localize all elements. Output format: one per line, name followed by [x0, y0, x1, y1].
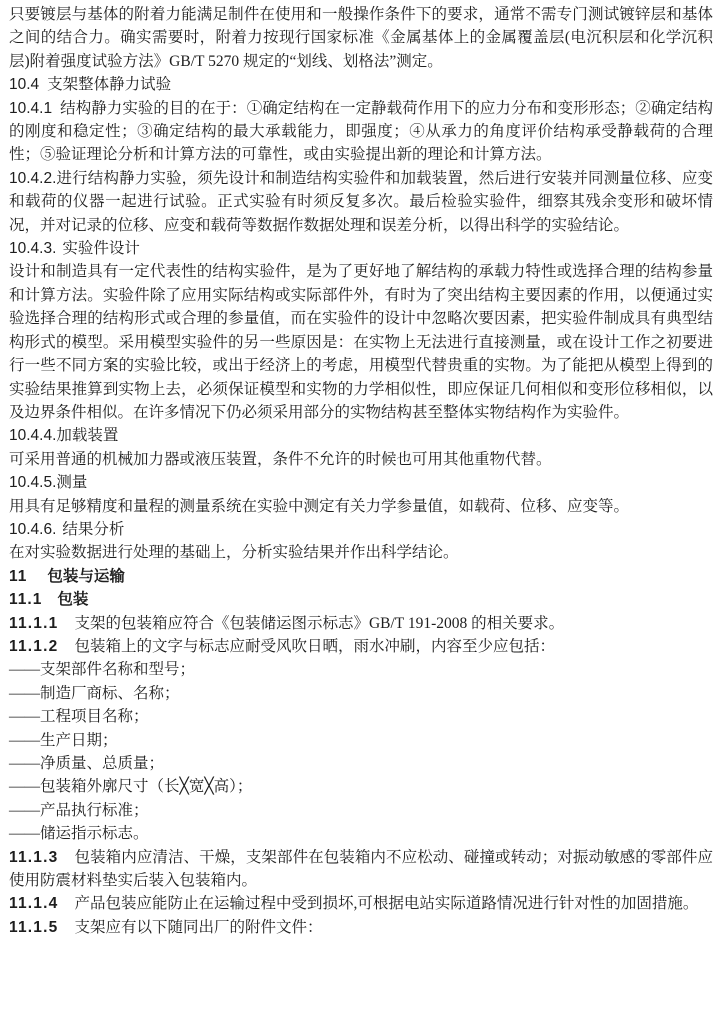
clause-11-1-1: 11.1.1支架的包装箱应符合《包装储运图示标志》GB/T 191-2008 的…	[9, 612, 713, 635]
subsection-title: 包装	[57, 591, 88, 608]
clause-11-1-2: 11.1.2包装箱上的文字与标志应耐受风吹日晒，雨水冲刷，内容至少应包括：	[9, 635, 713, 658]
clause-number: 10.4.4.	[9, 427, 56, 444]
clause-text: 包装箱上的文字与标志应耐受风吹日晒，雨水冲刷，内容至少应包括：	[74, 638, 555, 655]
list-item-weight: ——净质量、总质量；	[9, 752, 713, 775]
section-heading-packaging-transport: 11包装与运输	[9, 565, 713, 588]
clause-heading-10-4-4: 10.4.4.加载装置	[9, 424, 713, 447]
paragraph-specimen-design: 设计和制造具有一定代表性的结构实验件，是为了更好地了解结构的承载力特性或选择合理…	[9, 260, 713, 424]
list-item-production-date: ——生产日期；	[9, 729, 713, 752]
clause-number: 10.4.6.	[9, 521, 56, 538]
section-title: 包装与运输	[47, 568, 125, 585]
list-item-part-name-model: ——支架部件名称和型号；	[9, 658, 713, 681]
list-item-project-name: ——工程项目名称；	[9, 705, 713, 728]
clause-title: 结果分析	[62, 521, 124, 538]
section-number: 11	[9, 568, 27, 585]
clause-11-1-3: 11.1.3包装箱内应清洁、干燥，支架部件在包装箱内不应松动、碰撞或转动；对振动…	[9, 846, 713, 893]
clause-title: 测量	[56, 474, 87, 491]
clause-text: 包装箱内应清洁、干燥，支架部件在包装箱内不应松动、碰撞或转动；对振动敏感的零部件…	[9, 849, 713, 889]
clause-heading-10-4-5: 10.4.5.测量	[9, 471, 713, 494]
paragraph-coating-adhesion: 只要镀层与基体的附着力能满足制件在使用和一般操作条件下的要求，通常不需专门测试镀…	[9, 3, 713, 73]
list-item-box-dimensions: ——包装箱外廓尺寸（长╳宽╳高）；	[9, 775, 713, 798]
clause-number: 11.1.2	[9, 638, 58, 655]
document-page: 只要镀层与基体的附着力能满足制件在使用和一般操作条件下的要求，通常不需专门测试镀…	[0, 0, 722, 1022]
paragraph-measurement: 用具有足够精度和量程的测量系统在实验中测定有关力学参量值，如载荷、位移、应变等。	[9, 495, 713, 518]
clause-10-4-1: 10.4.1结构静力实验的目的在于：①确定结构在一定静载荷作用下的应力分布和变形…	[9, 97, 713, 167]
list-item-product-standard: ——产品执行标准；	[9, 799, 713, 822]
clause-number: 11.1.4	[9, 895, 58, 912]
clause-11-1-5: 11.1.5支架应有以下随同出厂的附件文件：	[9, 916, 713, 939]
clause-number: 11.1.5	[9, 919, 58, 936]
clause-title: 加载装置	[56, 427, 118, 444]
clause-10-4-2: 10.4.2.进行结构静力实验，须先设计和制造结构实验件和加载装置，然后进行安装…	[9, 167, 713, 237]
subsection-number: 11.1	[9, 591, 42, 608]
paragraph-result-analysis: 在对实验数据进行处理的基础上，分析实验结果并作出科学结论。	[9, 541, 713, 564]
clause-heading-10-4-6: 10.4.6.结果分析	[9, 518, 713, 541]
clause-number: 10.4.2.	[9, 170, 56, 187]
clause-text: 产品包装应能防止在运输过程中受到损坏,可根据电站实际道路情况进行针对性的加固措施…	[74, 895, 698, 912]
clause-heading-10-4-3: 10.4.3.实验件设计	[9, 237, 713, 260]
clause-text: 进行结构静力实验，须先设计和制造结构实验件和加载装置，然后进行安装并同测量位移、…	[9, 170, 713, 234]
list-item-storage-marks: ——储运指示标志。	[9, 822, 713, 845]
clause-text: 支架应有以下随同出厂的附件文件：	[74, 919, 322, 936]
clause-11-1-4: 11.1.4产品包装应能防止在运输过程中受到损坏,可根据电站实际道路情况进行针对…	[9, 892, 713, 915]
clause-title: 支架整体静力试验	[47, 76, 171, 93]
clause-number: 10.4	[9, 76, 39, 93]
clause-number: 10.4.3.	[9, 240, 56, 257]
list-item-manufacturer: ——制造厂商标、名称；	[9, 682, 713, 705]
clause-number: 10.4.5.	[9, 474, 56, 491]
clause-text: 结构静力实验的目的在于：①确定结构在一定静载荷作用下的应力分布和变形形态；②确定…	[9, 100, 713, 164]
clause-number: 11.1.3	[9, 849, 58, 866]
paragraph-loading-device: 可采用普通的机械加力器或液压装置，条件不允许的时候也可用其他重物代替。	[9, 448, 713, 471]
clause-heading-10-4: 10.4支架整体静力试验	[9, 73, 713, 96]
clause-number: 10.4.1	[9, 100, 52, 117]
clause-title: 实验件设计	[62, 240, 140, 257]
subsection-heading-packaging: 11.1包装	[9, 588, 713, 611]
clause-text: 支架的包装箱应符合《包装储运图示标志》GB/T 191-2008 的相关要求。	[74, 615, 564, 632]
clause-number: 11.1.1	[9, 615, 58, 632]
